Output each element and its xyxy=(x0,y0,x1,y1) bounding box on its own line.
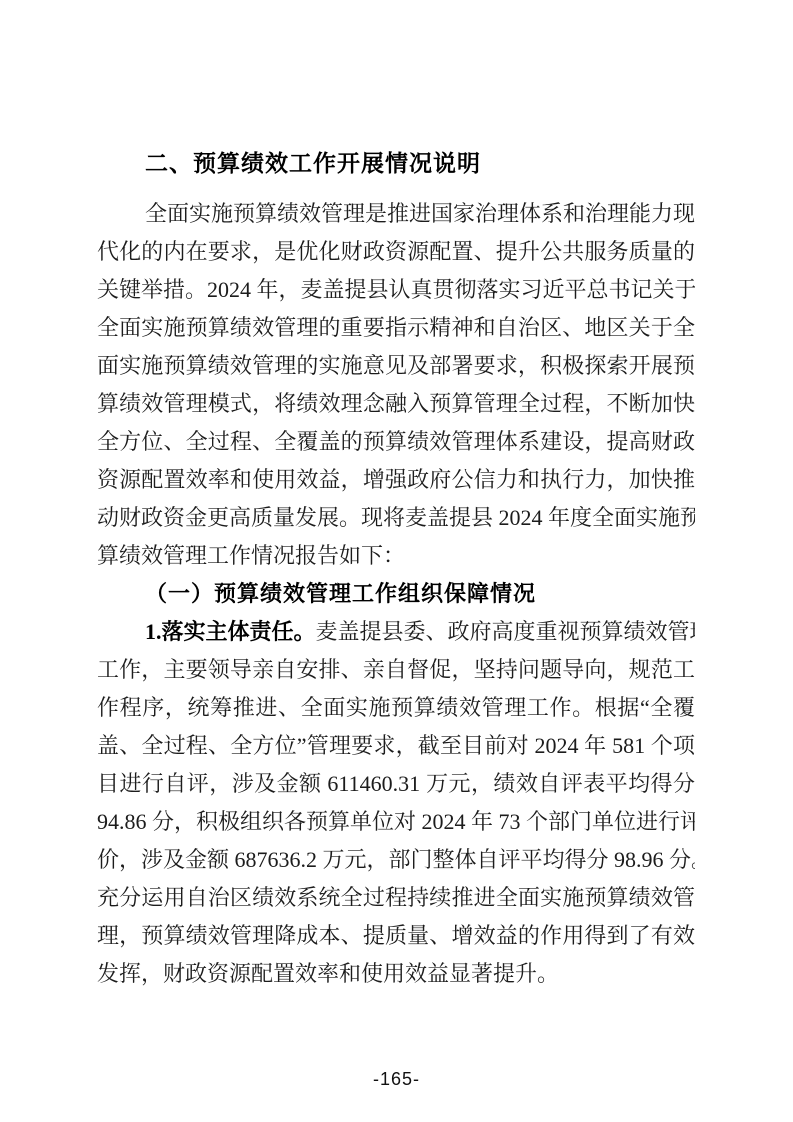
paragraph-lead-bold: 1.落实主体责任。 xyxy=(145,619,316,644)
paragraph-line: 1.落实主体责任。麦盖提县委、政府高度重视预算绩效管理 xyxy=(97,613,695,651)
paragraph-line: 作程序，统筹推进、全面实施预算绩效管理工作。根据“全覆 xyxy=(97,689,695,727)
paragraph-line: 关键举措。2024 年，麦盖提县认真贯彻落实习近平总书记关于 xyxy=(97,271,695,309)
paragraph-line: 发挥，财政资源配置效率和使用效益显著提升。 xyxy=(97,955,695,993)
subsection-heading: （一）预算绩效管理工作组织保障情况 xyxy=(97,575,695,613)
document-body: 二、预算绩效工作开展情况说明 全面实施预算绩效管理是推进国家治理体系和治理能力现… xyxy=(97,144,695,993)
paragraph-line: 全方位、全过程、全覆盖的预算绩效管理体系建设，提高财政 xyxy=(97,423,695,461)
paragraph-line: 充分运用自治区绩效系统全过程持续推进全面实施预算绩效管 xyxy=(97,879,695,917)
paragraph-line: 理，预算绩效管理降成本、提质量、增效益的作用得到了有效 xyxy=(97,917,695,955)
paragraph-line: 目进行自评，涉及金额 611460.31 万元，绩效自评表平均得分 xyxy=(97,765,695,803)
document-page: 二、预算绩效工作开展情况说明 全面实施预算绩效管理是推进国家治理体系和治理能力现… xyxy=(0,0,793,1122)
paragraph-line: 工作，主要领导亲自安排、亲自督促，坚持问题导向，规范工 xyxy=(97,651,695,689)
paragraph-line-rest: 麦盖提县委、政府高度重视预算绩效管理 xyxy=(316,619,695,644)
paragraph-line: 动财政资金更高质量发展。现将麦盖提县 2024 年度全面实施预 xyxy=(97,499,695,537)
paragraph-line: 代化的内在要求，是优化财政资源配置、提升公共服务质量的 xyxy=(97,233,695,271)
section-heading: 二、预算绩效工作开展情况说明 xyxy=(97,144,695,182)
paragraph-line: 全面实施预算绩效管理是推进国家治理体系和治理能力现 xyxy=(97,195,695,233)
page-number: -165- xyxy=(0,1069,793,1090)
paragraph-2: 1.落实主体责任。麦盖提县委、政府高度重视预算绩效管理 工作，主要领导亲自安排、… xyxy=(97,613,695,993)
paragraph-line: 算绩效管理工作情况报告如下： xyxy=(97,537,695,575)
paragraph-line: 价，涉及金额 687636.2 万元，部门整体自评平均得分 98.96 分。 xyxy=(97,841,695,879)
paragraph-line: 算绩效管理模式，将绩效理念融入预算管理全过程，不断加快 xyxy=(97,385,695,423)
paragraph-line: 94.86 分，积极组织各预算单位对 2024 年 73 个部门单位进行评 xyxy=(97,803,695,841)
paragraph-1: 全面实施预算绩效管理是推进国家治理体系和治理能力现 代化的内在要求，是优化财政资… xyxy=(97,195,695,575)
paragraph-line: 盖、全过程、全方位”管理要求，截至目前对 2024 年 581 个项 xyxy=(97,727,695,765)
paragraph-line: 全面实施预算绩效管理的重要指示精神和自治区、地区关于全 xyxy=(97,309,695,347)
paragraph-line: 资源配置效率和使用效益，增强政府公信力和执行力，加快推 xyxy=(97,461,695,499)
paragraph-line: 面实施预算绩效管理的实施意见及部署要求，积极探索开展预 xyxy=(97,347,695,385)
